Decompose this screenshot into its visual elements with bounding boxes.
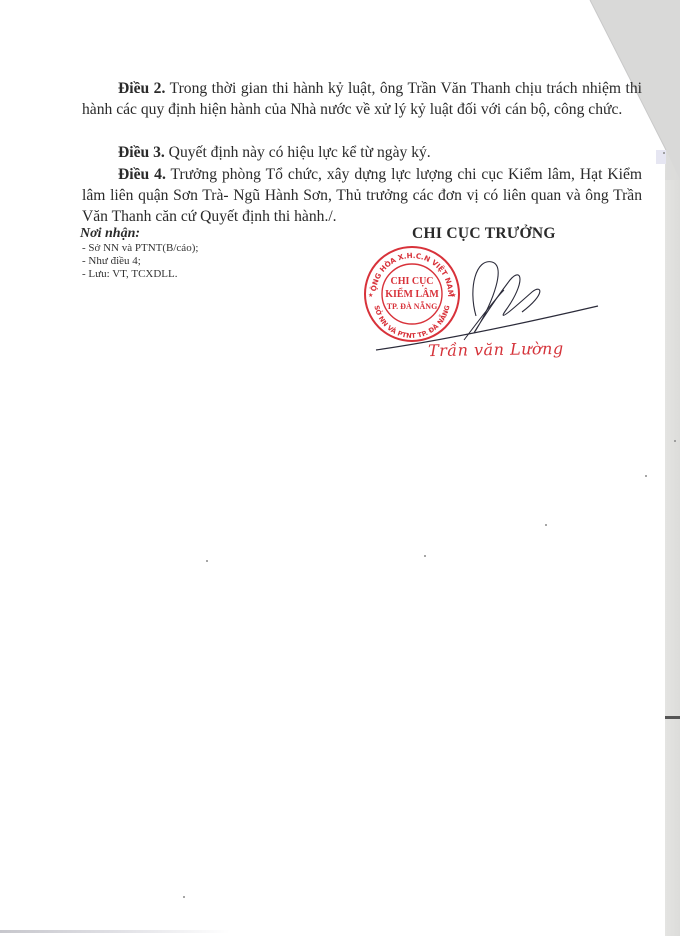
article-3: Điều 3. Quyết định này có hiệu lực kể từ… [82,142,642,163]
scan-edge-mark [665,716,680,719]
handwritten-signature [372,250,602,380]
folded-corner [0,0,680,936]
article-3-text: Quyết định này có hiệu lực kể từ ngày ký… [165,144,431,161]
recipients-title: Nơi nhận: [80,226,310,242]
scan-bottom-shadow [0,930,230,933]
recipients-block: Nơi nhận: - Sở NN và PTNT(B/cáo); - Như … [80,226,310,281]
article-4: Điều 4. Trưởng phòng Tổ chức, xây dựng l… [82,164,642,227]
article-2: Điều 2. Trong thời gian thi hành kỷ luật… [82,78,642,120]
signer-name: Trần văn Lường [428,339,564,360]
recipient-item: - Như điều 4; [82,255,310,268]
article-2-label: Điều 2. [118,80,165,97]
article-4-text: Trưởng phòng Tổ chức, xây dựng lực lượng… [82,166,642,225]
scan-edge-strip [665,0,680,936]
recipient-item: - Sở NN và PTNT(B/cáo); [82,242,310,255]
article-3-label: Điều 3. [118,144,165,161]
signer-title: CHI CỤC TRƯỞNG [412,225,556,243]
recipient-item: - Lưu: VT, TCXDLL. [82,268,310,281]
article-4-label: Điều 4. [118,166,166,183]
article-2-text: Trong thời gian thi hành kỷ luật, ông Tr… [82,80,642,118]
